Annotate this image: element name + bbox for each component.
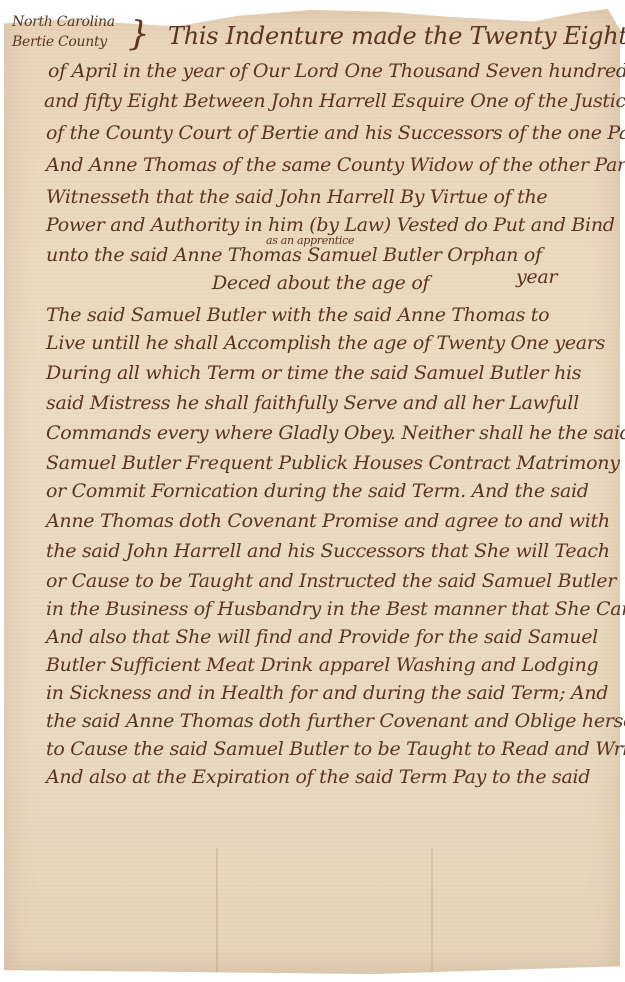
body-line: This Indenture made the Twenty Eighth da…: [168, 22, 625, 50]
body-line: Commands every where Gladly Obey. Neithe…: [46, 422, 625, 444]
jurisdiction-state: North Carolina: [12, 14, 115, 30]
body-line: Samuel Butler Frequent Publick Houses Co…: [46, 452, 620, 474]
body-line: The said Samuel Butler with the said Ann…: [46, 304, 549, 326]
body-line: in the Business of Husbandry in the Best…: [46, 598, 625, 620]
body-line: Power and Authority in him (by Law) Vest…: [46, 214, 615, 236]
body-line: of the County Court of Bertie and his Su…: [46, 122, 625, 144]
body-line: Live untill he shall Accomplish the age …: [46, 332, 605, 354]
fold-line: [216, 848, 218, 978]
body-line: said Mistress he shall faithfully Serve …: [46, 392, 579, 414]
body-line: Anne Thomas doth Covenant Promise and ag…: [46, 510, 610, 532]
body-line: And also at the Expiration of the said T…: [46, 766, 590, 788]
body-line: During all which Term or time the said S…: [46, 362, 581, 384]
body-line: Witnesseth that the said John Harrell By…: [46, 186, 547, 208]
body-line: And also that She will find and Provide …: [46, 626, 598, 648]
body-line: of April in the year of Our Lord One Tho…: [48, 60, 625, 82]
body-line: in Sickness and in Health for and during…: [46, 682, 608, 704]
body-line-year: year: [516, 266, 557, 288]
body-line: And Anne Thomas of the same County Widow…: [46, 154, 625, 176]
body-line: the said Anne Thomas doth further Covena…: [46, 710, 625, 732]
jurisdiction-brace: }: [128, 14, 149, 54]
fold-line: [431, 848, 433, 978]
body-line: the said John Harrell and his Successors…: [46, 540, 610, 562]
body-line: Butler Sufficient Meat Drink apparel Was…: [46, 654, 598, 676]
body-line: or Commit Fornication during the said Te…: [46, 480, 589, 502]
body-line: Deced about the age of: [212, 272, 429, 294]
jurisdiction-county: Bertie County: [12, 34, 107, 50]
body-line: to Cause the said Samuel Butler to be Ta…: [46, 738, 625, 760]
body-line: or Cause to be Taught and Instructed the…: [46, 570, 616, 592]
body-line: and fifty Eight Between John Harrell Esq…: [44, 90, 625, 112]
body-line: unto the said Anne Thomas Samuel Butler …: [46, 244, 542, 266]
